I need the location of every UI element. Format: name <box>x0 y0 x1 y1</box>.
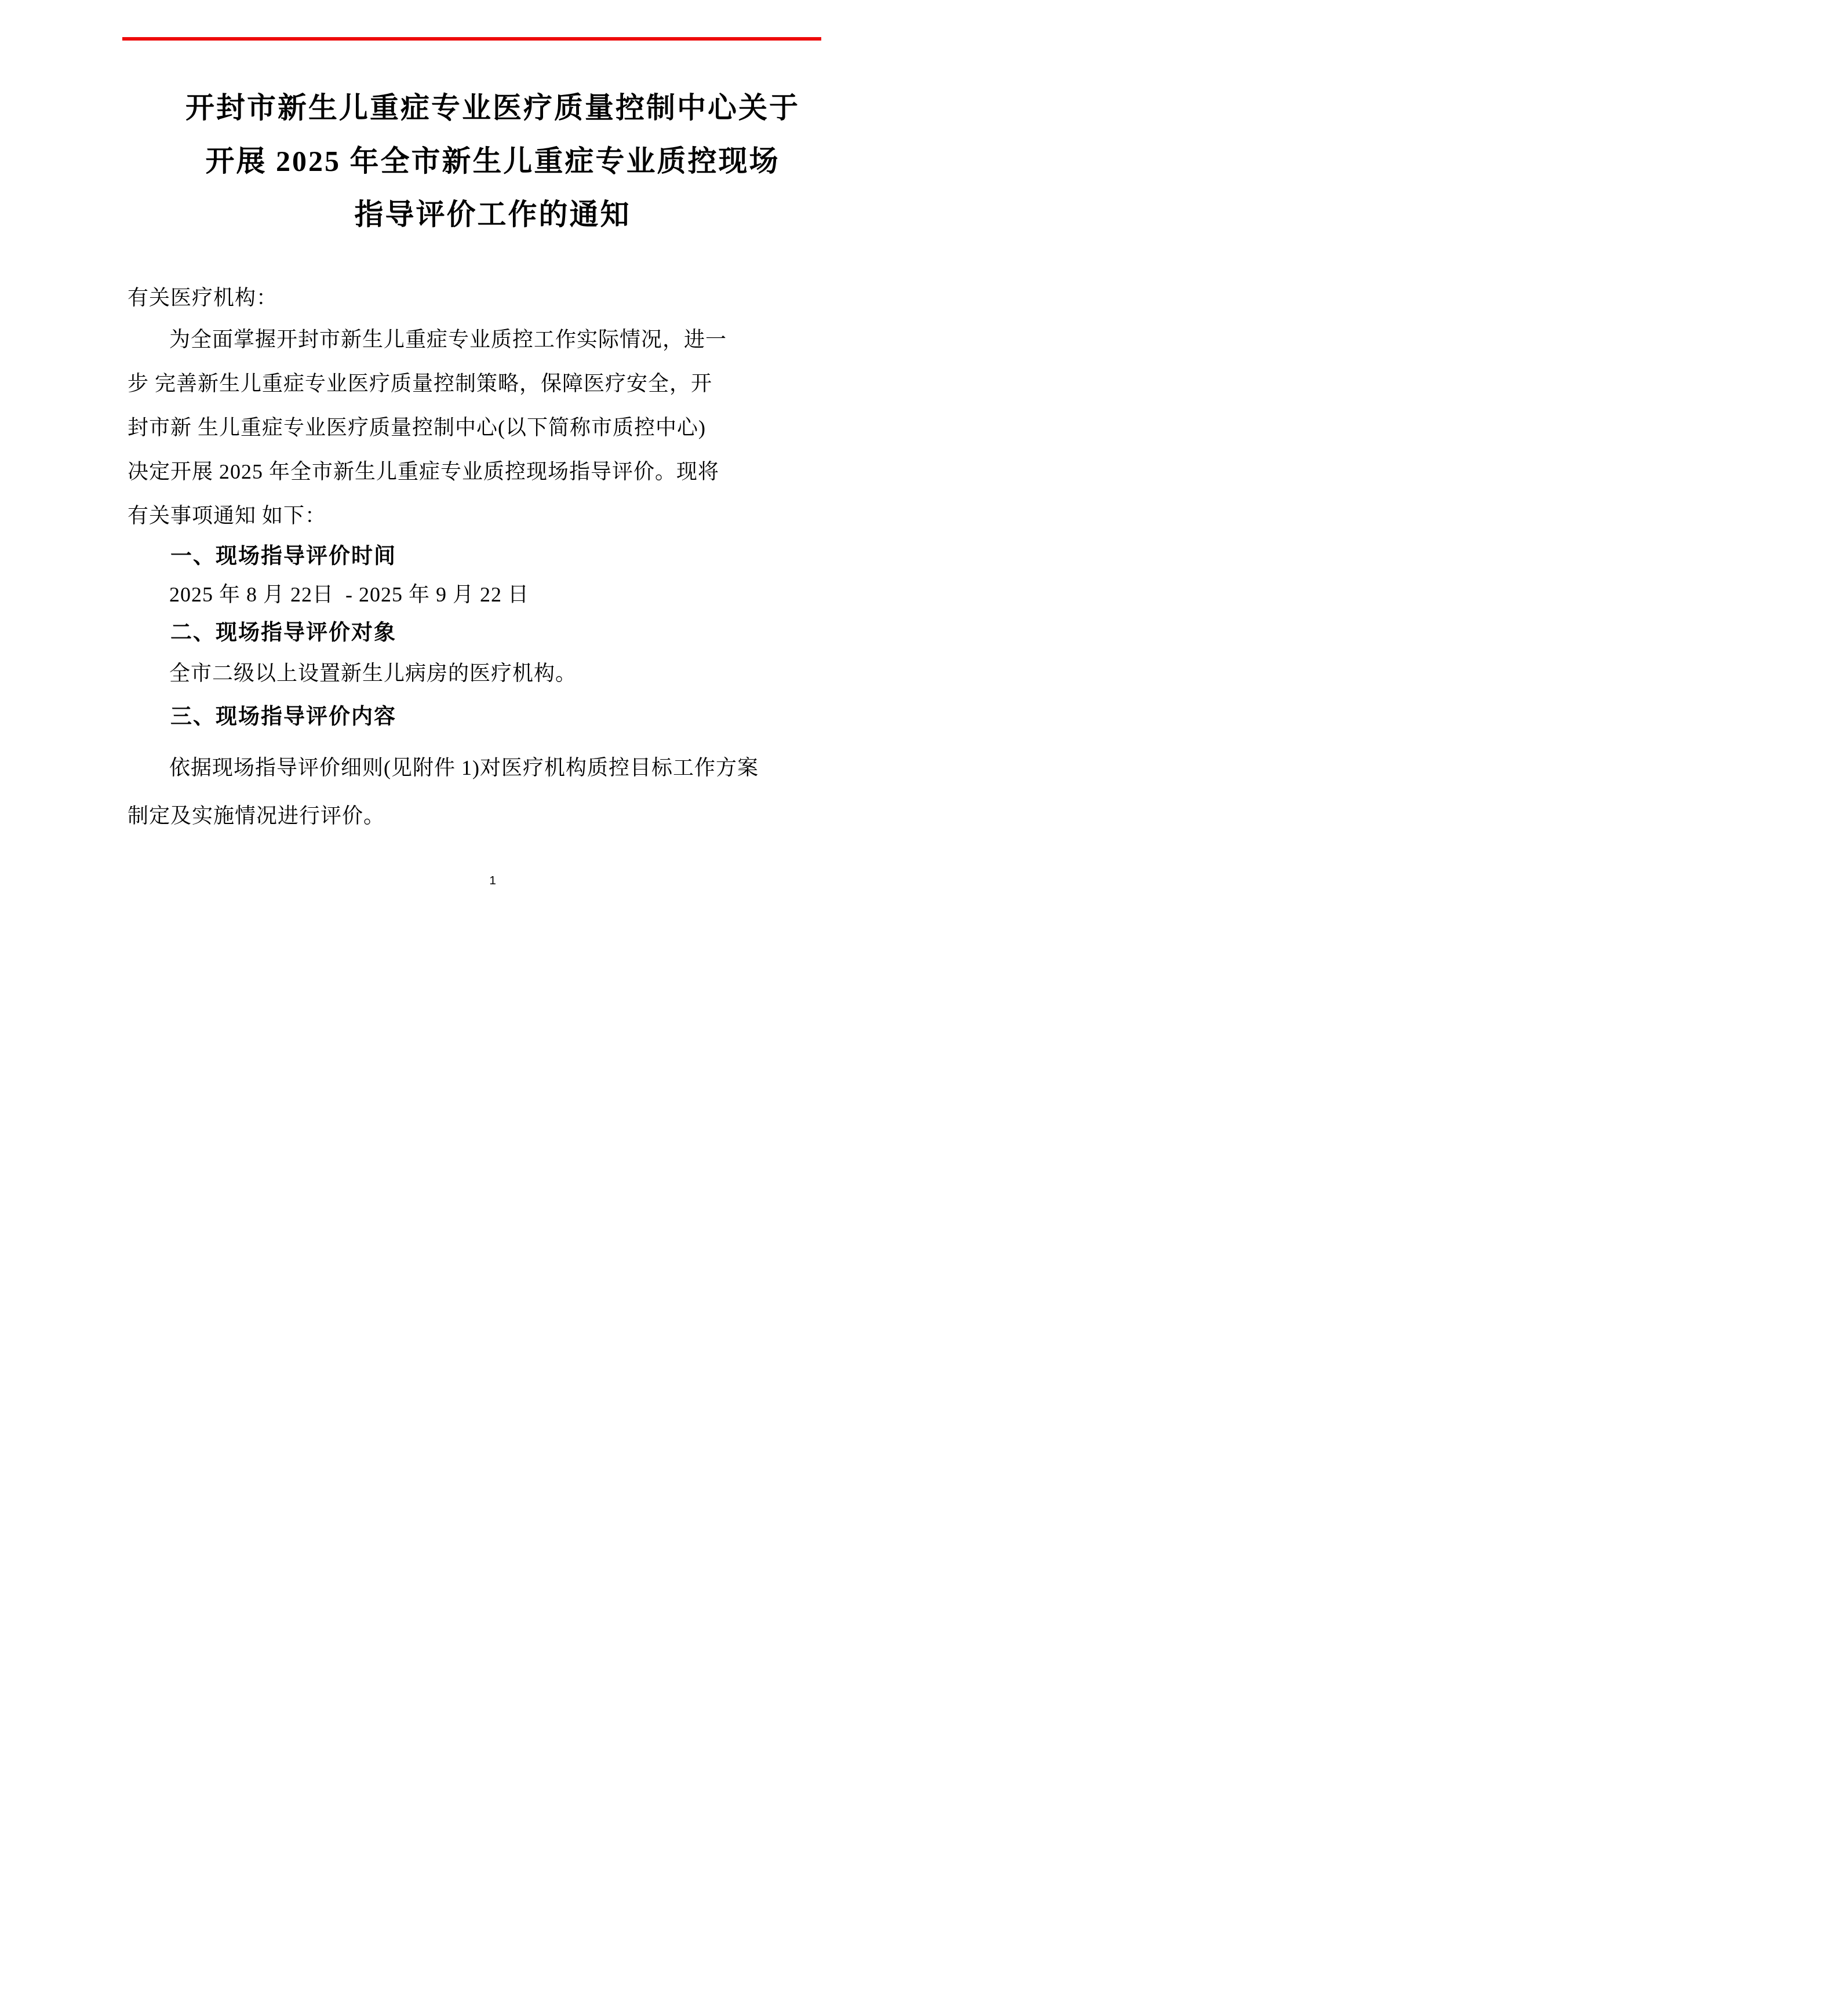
paragraph-line: 决定开展 2025 年全市新生儿重症专业质控现场指导评价。现将 <box>128 450 858 494</box>
section-2-body-line: 全市二级以上设置新生儿病房的医疗机构。 <box>128 654 858 693</box>
section-1-date-range: 2025 年 8 月 22日 - 2025 年 9 月 22 日 <box>128 575 858 614</box>
document-title: 开封市新生儿重症专业医疗质量控制中心关于 开展 2025 年全市新生儿重症专业质… <box>128 81 858 241</box>
section-1-heading: 一、现场指导评价时间 <box>128 538 858 575</box>
title-line-1: 开封市新生儿重症专业医疗质量控制中心关于 <box>128 81 858 134</box>
page-number: 1 <box>128 869 858 892</box>
salutation: 有关医疗机构： <box>128 278 858 318</box>
document-content: 开封市新生儿重症专业医疗质量控制中心关于 开展 2025 年全市新生儿重症专业质… <box>128 0 858 892</box>
document-page: 开封市新生儿重症专业医疗质量控制中心关于 开展 2025 年全市新生儿重症专业质… <box>0 0 920 1008</box>
section-2-heading: 二、现场指导评价对象 <box>128 614 858 651</box>
title-line-2: 开展 2025 年全市新生儿重症专业质控现场 <box>128 134 858 188</box>
paragraph-line: 步 完善新生儿重症专业医疗质量控制策略，保障医疗安全，开 <box>128 362 858 406</box>
paragraph-line: 有关事项通知 如下： <box>128 494 858 538</box>
section-3-heading: 三、现场指导评价内容 <box>128 698 858 735</box>
paragraph-line: 为全面掌握开封市新生儿重症专业质控工作实际情况，进一 <box>128 318 858 362</box>
section-3-body-line: 依据现场指导评价细则(见附件 1)对医疗机构质控目标工作方案 <box>128 748 858 788</box>
title-line-3: 指导评价工作的通知 <box>128 188 858 241</box>
paragraph-line: 封市新 生儿重症专业医疗质量控制中心(以下简称市质控中心) <box>128 406 858 450</box>
section-3-body-line: 制定及实施情况进行评价。 <box>128 796 858 836</box>
